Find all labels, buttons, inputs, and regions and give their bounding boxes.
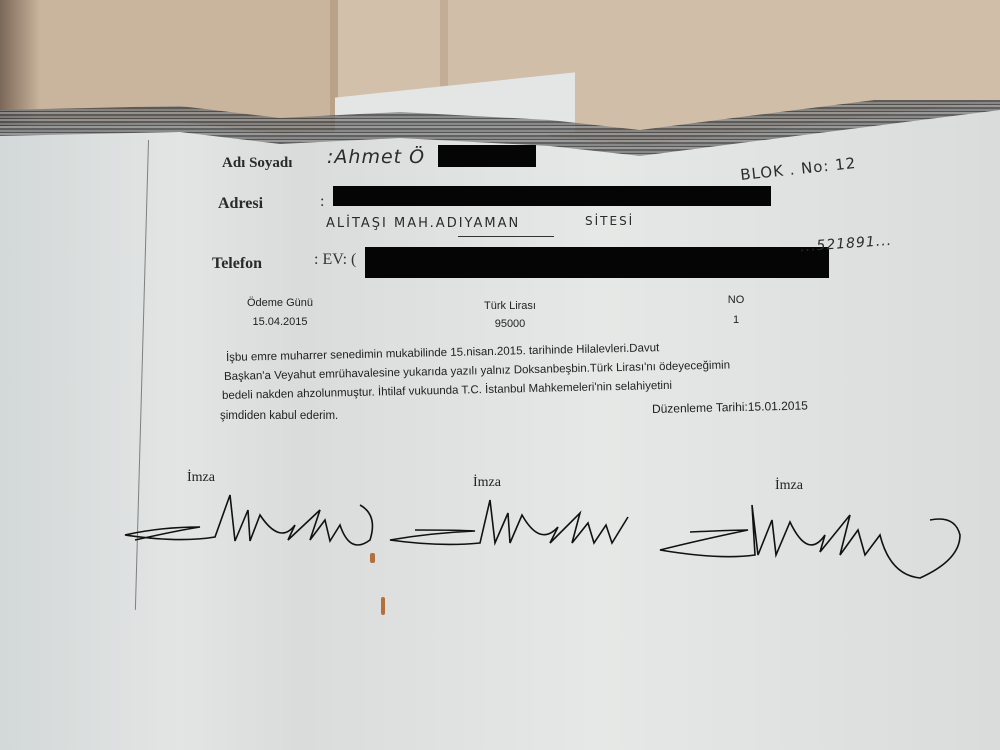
number-header: NO: [716, 294, 756, 306]
body-line-4: şimdiden kabul ederim.: [220, 410, 338, 422]
redacted-address: [333, 186, 771, 206]
redacted-phone: [365, 247, 829, 278]
redacted-surname: [438, 145, 536, 167]
address-site: SİTESİ: [585, 214, 634, 228]
rust-stain: [370, 553, 375, 563]
address-colon: :: [320, 193, 324, 211]
address-line2: ALİTAŞI MAH.ADIYAMAN: [326, 216, 520, 231]
amount-value: 95000: [470, 318, 550, 330]
rust-stain: [381, 597, 385, 615]
signature-3: [640, 490, 980, 590]
address-label: Adresi: [218, 195, 263, 213]
name-value: :Ahmet Ö: [327, 146, 425, 168]
payment-date-header: Ödeme Günü: [240, 297, 320, 309]
signature-1: [120, 485, 390, 565]
phone-prefix: : EV: (: [314, 251, 356, 269]
underline: [458, 236, 554, 237]
number-value: 1: [716, 314, 756, 326]
payment-date-value: 15.04.2015: [240, 316, 320, 328]
amount-header: Türk Lirası: [470, 300, 550, 312]
signature-label-1: İmza: [187, 470, 215, 486]
signature-2: [380, 485, 650, 565]
phone-label: Telefon: [212, 255, 262, 273]
name-label: Adı Soyadı: [222, 155, 292, 172]
